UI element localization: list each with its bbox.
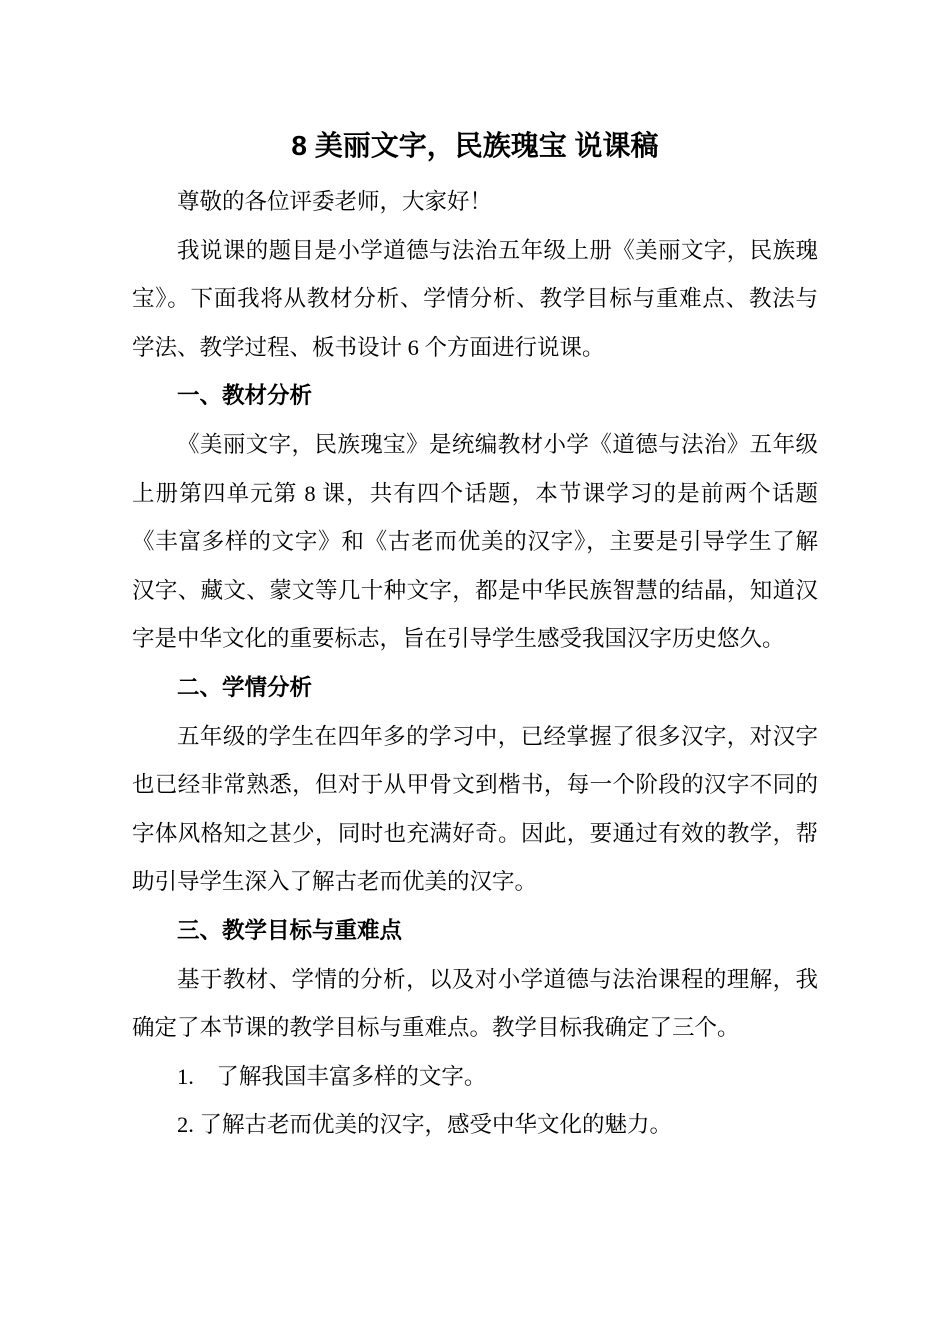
- document-page: 8 美丽文字，民族瑰宝 说课稿 尊敬的各位评委老师，大家好！ 我说课的题目是小学…: [0, 0, 950, 1344]
- paragraph-learner-analysis: 五年级的学生在四年多的学习中，已经掌握了很多汉字，对汉字也已经非常熟悉，但对于从…: [132, 713, 818, 907]
- section-heading-teaching-goals: 三、教学目标与重难点: [132, 907, 818, 956]
- section-heading-learner-analysis: 二、学情分析: [132, 664, 818, 713]
- paragraph-intro: 我说课的题目是小学道德与法治五年级上册《美丽文字，民族瑰宝》。下面我将从教材分析…: [132, 227, 818, 373]
- document-title: 8 美丽文字，民族瑰宝 说课稿: [132, 122, 818, 170]
- section-heading-material-analysis: 一、教材分析: [132, 372, 818, 421]
- list-item-goal-1: 1. 了解我国丰富多样的文字。: [132, 1053, 818, 1102]
- paragraph-teaching-goals-intro: 基于教材、学情的分析，以及对小学道德与法治课程的理解，我确定了本节课的教学目标与…: [132, 956, 818, 1053]
- paragraph-material-analysis: 《美丽文字，民族瑰宝》是统编教材小学《道德与法治》五年级上册第四单元第 8 课，…: [132, 421, 818, 664]
- list-item-goal-2: 2. 了解古老而优美的汉字，感受中华文化的魅力。: [132, 1101, 818, 1150]
- paragraph-greeting: 尊敬的各位评委老师，大家好！: [132, 178, 818, 227]
